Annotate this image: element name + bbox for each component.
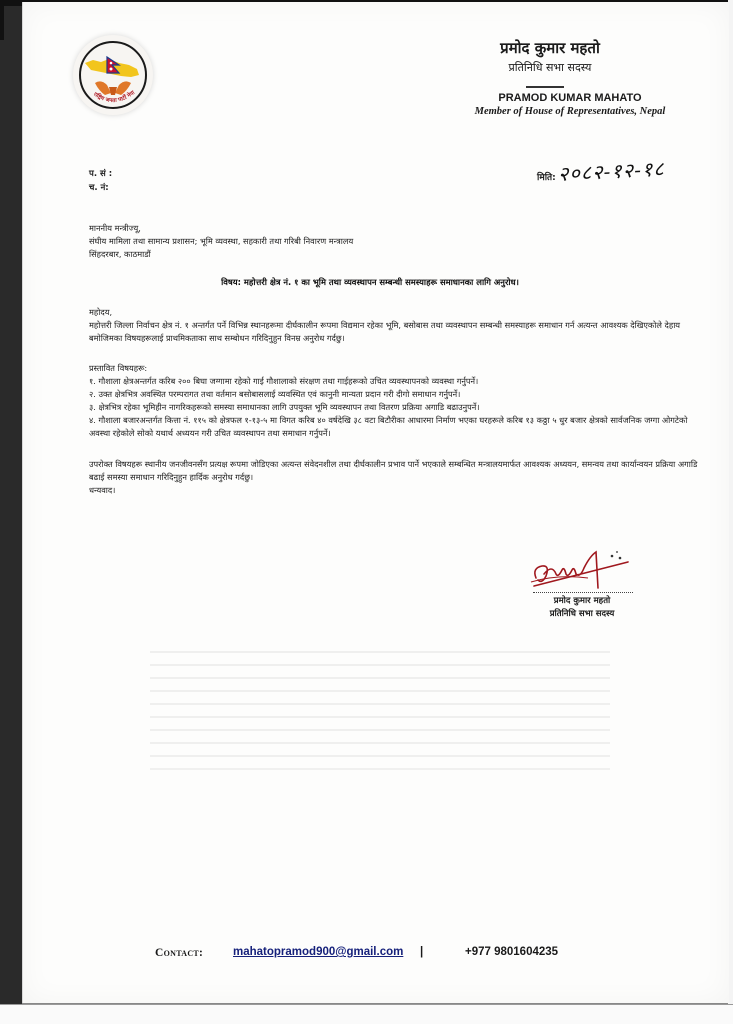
bleed-through-text	[150, 640, 610, 900]
scan-border-left	[0, 0, 4, 40]
thanks-line: धन्यवाद।	[89, 484, 115, 497]
salutation: महोदय,	[89, 306, 112, 319]
sender-name-nepali: प्रमोद कुमार महतो	[445, 38, 655, 58]
date-label: मिति:	[537, 170, 556, 183]
sender-title-english: Member of House of Representatives, Nepa…	[450, 106, 690, 117]
signatory-title: प्रतिनिधि सभा सदस्य	[532, 608, 632, 619]
list-item: २. उक्त क्षेत्रभित्र अवस्थित परम्परागत त…	[89, 388, 699, 401]
list-item: ३. क्षेत्रभित्र रहेका भूमिहीन नागरिकहरूक…	[89, 401, 699, 414]
list-item: ४. गौशाला बजारअन्तर्गत कित्ता नं. ११५ को…	[89, 414, 699, 440]
sender-title-nepali: प्रतिनिधि सभा सदस्य	[445, 60, 655, 75]
scan-margin-bottom	[0, 1004, 733, 1024]
contact-label: Contact:	[155, 947, 203, 959]
proposed-items-heading: प्रस्तावित विषयहरू:	[89, 362, 147, 375]
contact-separator: |	[420, 946, 423, 958]
signatory-name: प्रमोद कुमार महतो	[532, 595, 632, 606]
handwritten-signature-icon	[528, 548, 638, 593]
letter-number-label: प. सं :	[89, 168, 112, 179]
proposed-items-list: १. गौशाला क्षेत्रअन्तर्गत करिब २०० बिघा …	[89, 375, 699, 440]
date-value-handwritten: २०८२-१२-१८	[557, 154, 665, 187]
dispatch-number-label: च. नं:	[89, 182, 109, 193]
subject-line: विषय: महोत्तरी क्षेत्र नं. १ का भूमि तथा…	[140, 277, 600, 288]
addressee-block: माननीय मन्त्रीज्यू, संघीय मामिला तथा साम…	[89, 222, 649, 261]
list-item: १. गौशाला क्षेत्रअन्तर्गत करिब २०० बिघा …	[89, 375, 699, 388]
addressee-line-2: संघीय मामिला तथा सामान्य प्रशासन; भूमि व…	[89, 235, 649, 248]
contact-email-link[interactable]: mahatopramod900@gmail.com	[233, 946, 403, 958]
addressee-line-1: माननीय मन्त्रीज्यू,	[89, 222, 649, 235]
contact-phone: +977 9801604235	[465, 946, 558, 958]
intro-paragraph: महोत्तरी जिल्ला निर्वाचन क्षेत्र नं. १ अ…	[89, 319, 689, 345]
header-divider	[526, 86, 564, 88]
nepal-flag-map-emblem-icon: राष्ट्रिय जनता पार्टी नेपाल	[73, 35, 153, 115]
addressee-line-3: सिंहदरबार, काठमाडौं	[89, 248, 649, 261]
party-logo: राष्ट्रिय जनता पार्टी नेपाल	[73, 35, 153, 115]
sender-name-english: PRAMOD KUMAR MAHATO	[470, 92, 670, 104]
closing-paragraph: उपरोक्त विषयहरू स्थानीय जनजीवनसँग प्रत्य…	[89, 458, 699, 484]
signature-line	[533, 592, 633, 593]
